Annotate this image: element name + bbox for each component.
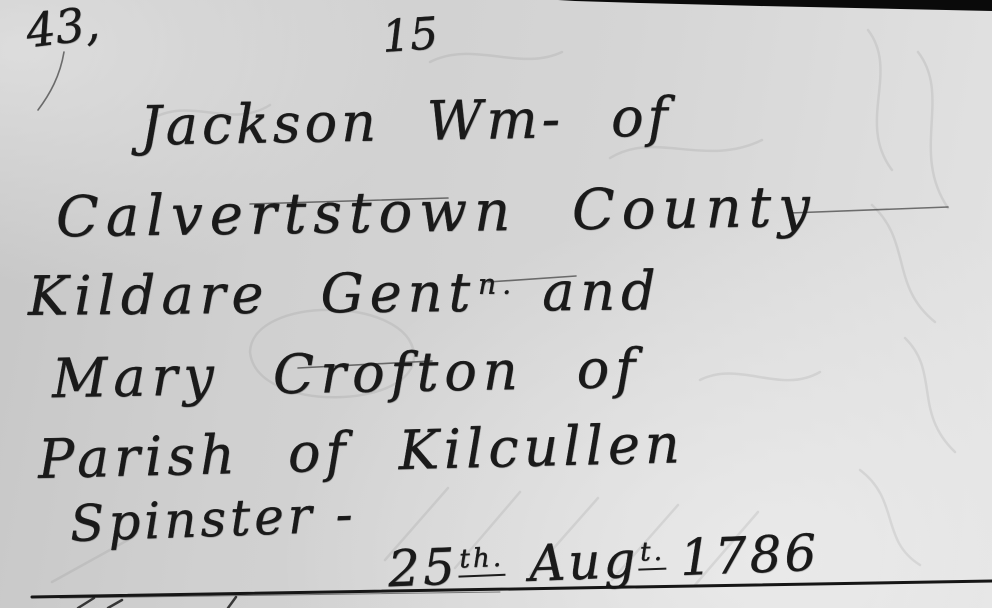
next-entry-partial <box>0 0 992 608</box>
scanned-register-page: 43, 15 Jackson Wm- of Calvertstown Count… <box>0 0 992 608</box>
